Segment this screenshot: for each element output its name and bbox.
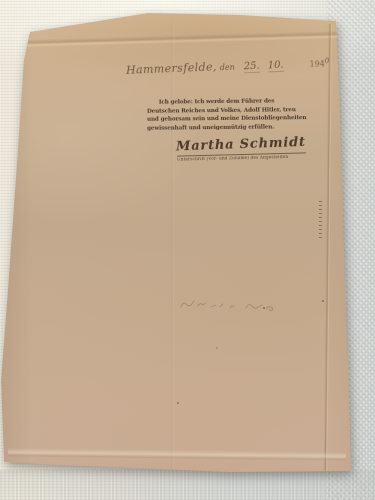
handwritten-day: 25. (244, 61, 260, 74)
printed-year: 194 (309, 59, 325, 69)
handwritten-year-digit: 0 (325, 57, 330, 65)
photo-of-document: { "scene": { "background": "fabric cloth… (0, 0, 375, 500)
ink-signature: Martha Schmidt (176, 135, 316, 155)
handwritten-month: 10. (267, 60, 283, 73)
handwritten-place-date-line: Hammersfelde, den 25. 10. 194 0 (126, 56, 326, 78)
fold-crease-top (26, 31, 344, 48)
paper-shadow-wrapper: Hammersfelde, den 25. 10. 194 0 Ich gelo… (0, 0, 375, 500)
handwritten-den: den (220, 63, 235, 73)
paper-speck (177, 402, 179, 404)
fold-crease-right-vertical (324, 24, 333, 474)
printer-mark-vertical (319, 201, 322, 238)
oath-line: gewissenhaft und uneigennützig erfüllen. (147, 123, 287, 133)
handwritten-place: Hammersfelde, (126, 60, 217, 76)
paper-speck (322, 300, 324, 302)
faint-pencil-note-scribble (178, 296, 284, 314)
oath-paragraph: Ich gelobe: Ich werde dem Führer des Deu… (147, 97, 287, 133)
fold-crease-bottom (8, 448, 346, 461)
fold-crease-center-vertical (171, 22, 174, 470)
document-paper: Hammersfelde, den 25. 10. 194 0 Ich gelo… (0, 0, 375, 500)
paper-speck (216, 347, 218, 349)
